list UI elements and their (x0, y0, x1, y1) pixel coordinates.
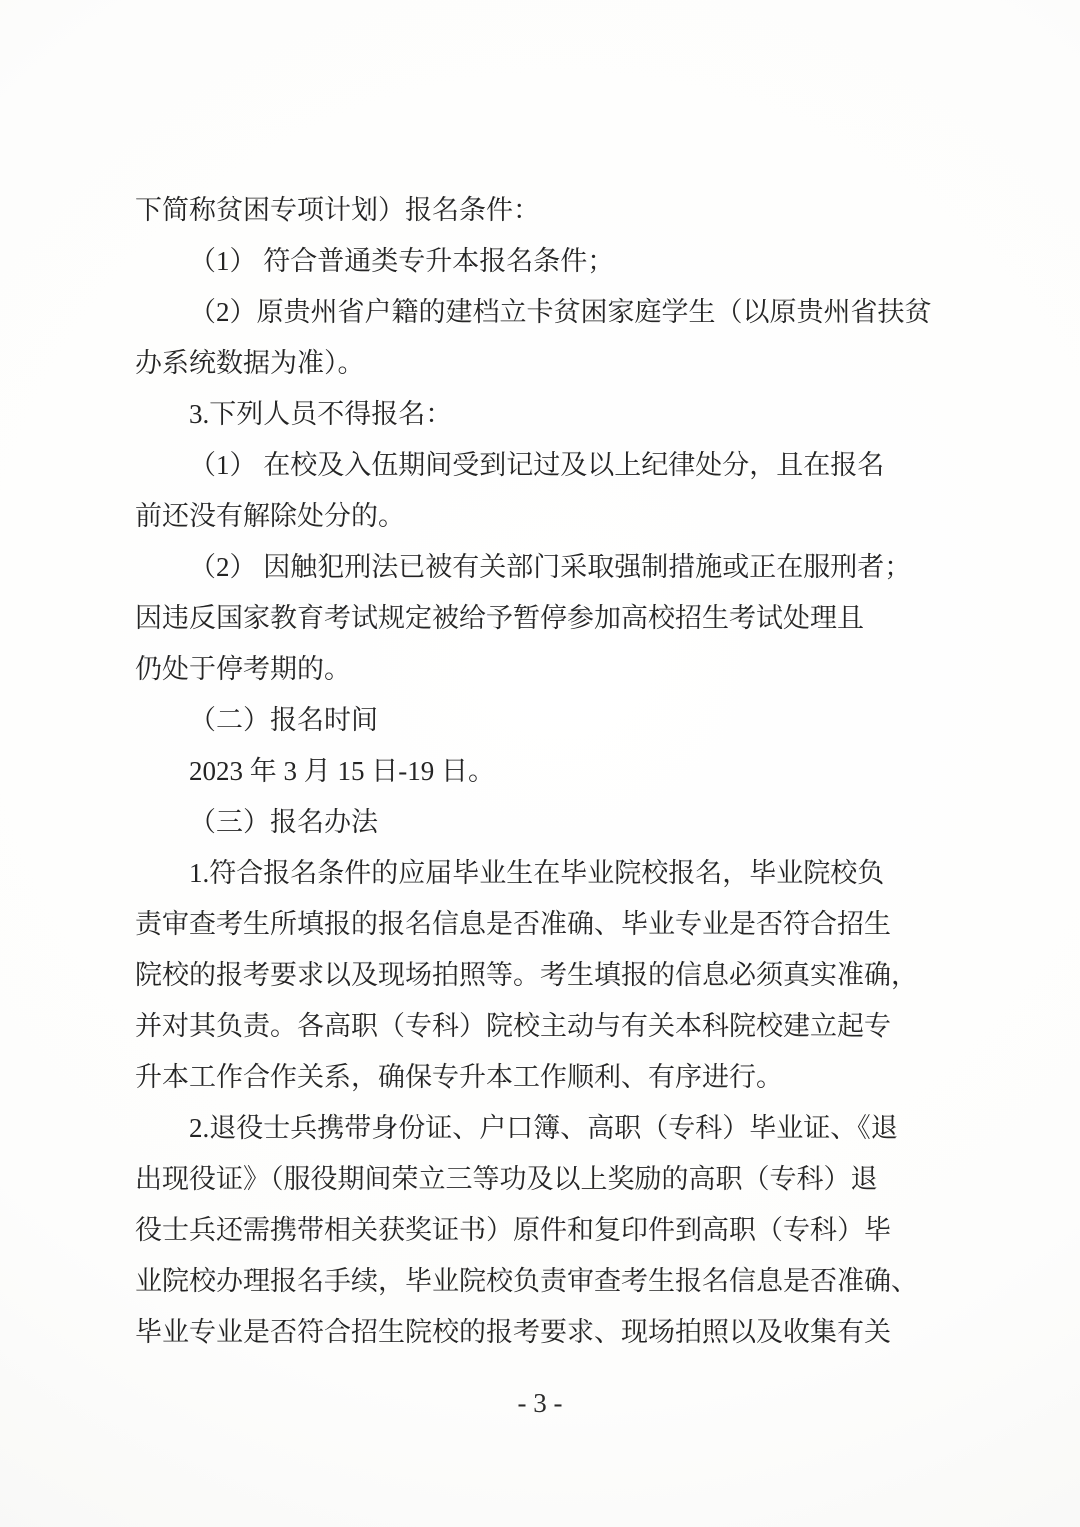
paragraph-method-2: 2.退役士兵携带身份证、户口簿、高职（专科）毕业证、《退 出现役证》（服役期间荣… (135, 1103, 959, 1358)
paragraph-condition-2: （2）原贵州省户籍的建档立卡贫困家庭学生（以原贵州省扶贫 办系统数据为准）。 (135, 287, 959, 389)
paragraph-method-1: 1.符合报名条件的应届毕业生在毕业院校报名，毕业院校负 责审查考生所填报的报名信… (135, 848, 959, 1103)
paragraph-continuation: 下简称贫困专项计划）报名条件： (135, 185, 959, 236)
paragraph-condition-1: （1） 符合普通类专升本报名条件； (135, 236, 959, 287)
document-body: 下简称贫困专项计划）报名条件： （1） 符合普通类专升本报名条件； （2）原贵州… (135, 185, 959, 1358)
page-number: - 3 - (0, 1383, 1080, 1423)
paragraph-section-3-heading: （三）报名办法 (135, 797, 959, 848)
document-page: 下简称贫困专项计划）报名条件： （1） 符合普通类专升本报名条件； （2）原贵州… (0, 0, 1080, 1527)
paragraph-item-3-heading: 3.下列人员不得报名： (135, 389, 959, 440)
paragraph-restriction-1: （1） 在校及入伍期间受到记过及以上纪律处分，且在报名 前还没有解除处分的。 (135, 440, 959, 542)
paragraph-section-2-heading: （二）报名时间 (135, 695, 959, 746)
paragraph-restriction-2: （2） 因触犯刑法已被有关部门采取强制措施或正在服刑者； 因违反国家教育考试规定… (135, 542, 959, 695)
paragraph-registration-date: 2023 年 3 月 15 日-19 日。 (135, 746, 959, 797)
